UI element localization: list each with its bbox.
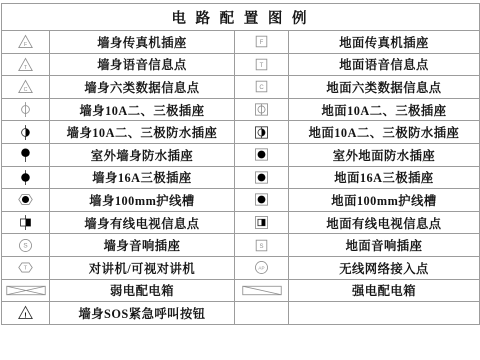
legend-title: 电 路 配 置 图 例 bbox=[2, 4, 480, 31]
floor-voice-square-letter-t-icon: T bbox=[235, 53, 289, 76]
left-label: 墙身SOS紧急呼叫按钮 bbox=[50, 302, 235, 325]
wall-socket-halfcircle-line-icon bbox=[2, 121, 50, 144]
legend-row: !墙身SOS紧急呼叫按钮 bbox=[2, 302, 480, 325]
outdoor-wall-dot-stem-icon bbox=[2, 143, 50, 166]
floor-16a-square-dot-icon bbox=[235, 166, 289, 189]
outdoor-floor-square-dot-icon bbox=[235, 143, 289, 166]
intercom-hexagon-letter-t-icon: T bbox=[2, 256, 50, 279]
right-label: 地面语音信息点 bbox=[289, 53, 480, 76]
legend-row: 墙身16A三极插座地面16A三极插座 bbox=[2, 166, 480, 189]
floor-fax-square-letter-f-icon: F bbox=[235, 31, 289, 54]
wireless-ap-circle-letters-ap-icon: AP bbox=[235, 256, 289, 279]
right-label: 强电配电箱 bbox=[289, 279, 480, 302]
left-label: 对讲机/可视对讲机 bbox=[50, 256, 235, 279]
right-label: 地面有线电视信息点 bbox=[289, 211, 480, 234]
wall-audio-circle-letter-s-icon: S bbox=[2, 234, 50, 257]
legend-row: 墙身有线电视信息点地面有线电视信息点 bbox=[2, 211, 480, 234]
legend-row: 墙身10A二、三极防水插座地面10A二、三极防水插座 bbox=[2, 121, 480, 144]
legend-row: T墙身语音信息点T地面语音信息点 bbox=[2, 53, 480, 76]
empty-cell bbox=[235, 302, 289, 325]
right-label: 地面100mm护线槽 bbox=[289, 189, 480, 212]
left-label: 墙身六类数据信息点 bbox=[50, 76, 235, 99]
legend-row: C墙身六类数据信息点C地面六类数据信息点 bbox=[2, 76, 480, 99]
floor-data-square-letter-c-icon: C bbox=[235, 76, 289, 99]
legend-rows: F墙身传真机插座F地面传真机插座T墙身语音信息点T地面语音信息点C墙身六类数据信… bbox=[2, 31, 480, 325]
wall-tv-halfsquare-line-icon bbox=[2, 211, 50, 234]
floor-duct-square-dot-icon bbox=[235, 189, 289, 212]
left-label: 墙身10A二、三极插座 bbox=[50, 98, 235, 121]
right-label: 室外地面防水插座 bbox=[289, 143, 480, 166]
svg-text:T: T bbox=[24, 266, 28, 272]
legend-row: 弱电配电箱强电配电箱 bbox=[2, 279, 480, 302]
wall-duct-hexagon-dot-icon bbox=[2, 189, 50, 212]
svg-text:F: F bbox=[260, 40, 264, 46]
left-label: 墙身有线电视信息点 bbox=[50, 211, 235, 234]
right-label: 无线网络接入点 bbox=[289, 256, 480, 279]
title-row: 电 路 配 置 图 例 bbox=[2, 4, 480, 31]
legend-row: 室外墙身防水插座室外地面防水插座 bbox=[2, 143, 480, 166]
legend-row: 墙身10A二、三极插座地面10A二、三极插座 bbox=[2, 98, 480, 121]
svg-text:T: T bbox=[260, 63, 264, 69]
left-label: 弱电配电箱 bbox=[50, 279, 235, 302]
floor-square-socket-halfcircle-icon bbox=[235, 121, 289, 144]
svg-text:C: C bbox=[24, 88, 28, 94]
right-label: 地面传真机插座 bbox=[289, 31, 480, 54]
svg-text:S: S bbox=[23, 242, 27, 249]
wall-socket-circle-line-icon bbox=[2, 98, 50, 121]
svg-text:C: C bbox=[259, 85, 264, 91]
left-label: 墙身10A二、三极防水插座 bbox=[50, 121, 235, 144]
right-label: 地面音响插座 bbox=[289, 234, 480, 257]
svg-text:S: S bbox=[259, 244, 263, 250]
right-label: 地面六类数据信息点 bbox=[289, 76, 480, 99]
wall-16a-dot-line-icon bbox=[2, 166, 50, 189]
floor-audio-square-letter-s-icon: S bbox=[235, 234, 289, 257]
floor-tv-square-halfsquare-icon bbox=[235, 211, 289, 234]
wall-fax-triangle-letter-f-icon: F bbox=[2, 31, 50, 54]
legend-row: F墙身传真机插座F地面传真机插座 bbox=[2, 31, 480, 54]
right-label: 地面10A二、三极防水插座 bbox=[289, 121, 480, 144]
legend-table: 电 路 配 置 图 例 F墙身传真机插座F地面传真机插座T墙身语音信息点T地面语… bbox=[1, 3, 480, 325]
right-label: 地面16A三极插座 bbox=[289, 166, 480, 189]
legend-row: 墙身100mm护线槽地面100mm护线槽 bbox=[2, 189, 480, 212]
strong-current-box-diagonal-icon bbox=[235, 279, 289, 302]
right-label bbox=[289, 302, 480, 325]
left-label: 墙身传真机插座 bbox=[50, 31, 235, 54]
left-label: 墙身音响插座 bbox=[50, 234, 235, 257]
sos-triangle-exclamation-icon: ! bbox=[2, 302, 50, 325]
weak-current-box-cross-icon bbox=[2, 279, 50, 302]
svg-text:!: ! bbox=[24, 311, 26, 320]
right-label: 地面10A二、三极插座 bbox=[289, 98, 480, 121]
wall-data-triangle-letter-c-icon: C bbox=[2, 76, 50, 99]
left-label: 墙身100mm护线槽 bbox=[50, 189, 235, 212]
legend-row: S墙身音响插座S地面音响插座 bbox=[2, 234, 480, 257]
svg-text:AP: AP bbox=[258, 266, 264, 271]
left-label: 室外墙身防水插座 bbox=[50, 143, 235, 166]
floor-square-socket-circle-icon bbox=[235, 98, 289, 121]
wall-voice-triangle-letter-t-icon: T bbox=[2, 53, 50, 76]
left-label: 墙身16A三极插座 bbox=[50, 166, 235, 189]
left-label: 墙身语音信息点 bbox=[50, 53, 235, 76]
legend-row: T对讲机/可视对讲机AP无线网络接入点 bbox=[2, 256, 480, 279]
